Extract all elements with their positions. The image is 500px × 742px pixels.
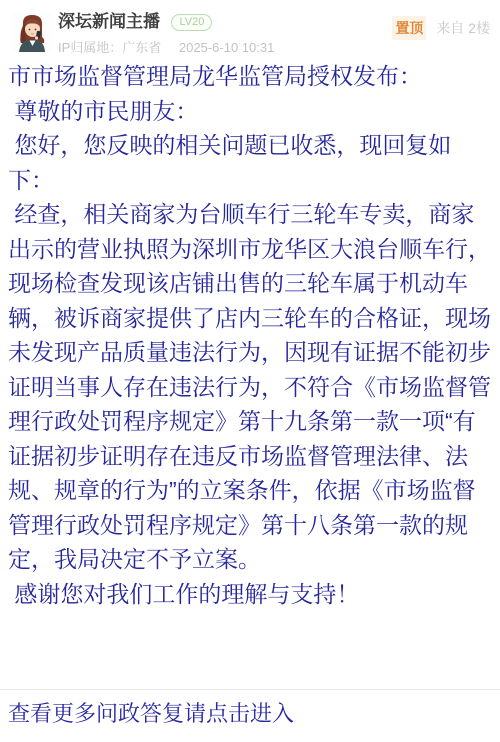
post-meta: IP归属地：广东省 2025-6-10 10:31 (58, 37, 274, 56)
name-row: 深坛新闻主播 LV20 (58, 12, 212, 32)
level-badge: LV20 (171, 14, 212, 31)
forum-post-page: 深坛新闻主播 LV20 IP归属地：广东省 2025-6-10 10:31 置顶… (0, 0, 500, 742)
footer-divider (0, 689, 500, 690)
more-replies-link[interactable]: 查看更多问政答复请点击进入 (8, 699, 294, 729)
ip-location-label: IP归属地：广东省 (58, 40, 161, 55)
floor-label: 来自 2楼 (436, 20, 490, 36)
avatar-woman-icon (12, 12, 52, 52)
pinned-badge: 置顶 (392, 16, 426, 40)
post-body-text: 市市场监督管理局龙华监管局授权发布： 尊敬的市民朋友： 您好，您反映的相关问题已… (8, 59, 496, 611)
user-avatar[interactable] (12, 12, 52, 52)
post-timestamp: 2025-6-10 10:31 (179, 40, 274, 55)
post-header: 深坛新闻主播 LV20 IP归属地：广东省 2025-6-10 10:31 置顶… (0, 0, 500, 58)
header-right-group: 置顶 来自 2楼 (392, 16, 490, 40)
username[interactable]: 深坛新闻主播 (58, 12, 160, 32)
